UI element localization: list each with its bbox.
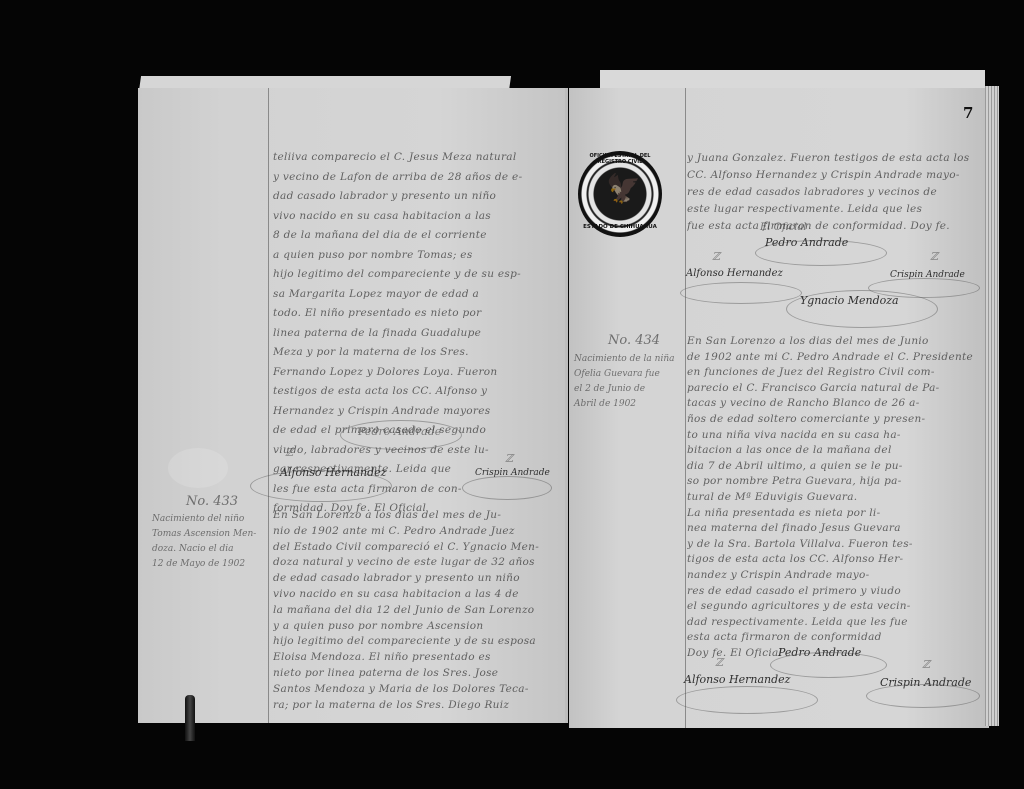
signature-witness-1: Alfonso Hernandez	[686, 268, 783, 279]
paper-stain	[168, 448, 228, 488]
page-number: 7	[963, 104, 973, 122]
entry-number: No. 433	[186, 494, 238, 509]
entry-number: No. 434	[608, 333, 660, 348]
signature-declarant: Ygnacio Mendoza	[800, 294, 899, 307]
page-edges	[985, 86, 999, 726]
seal-top-text: OFICINA ESTATAL DEL REGISTRO CIVIL	[578, 153, 662, 165]
binding-clip	[185, 695, 195, 741]
rubric-mark: ℤ	[715, 656, 723, 669]
signature-official: Pedro Andrade	[778, 646, 861, 659]
left-continuation-text: teliiva comparecio el C. Jesus Meza natu…	[273, 148, 565, 519]
signature-witness-1: Alfonso Hernandez	[280, 466, 386, 479]
rubric-mark: ℤ	[712, 250, 720, 263]
mexican-eagle-icon: 🦅	[606, 172, 641, 205]
rubric-mark: ℤ	[285, 446, 293, 459]
rubric-mark: ℤ	[930, 250, 938, 263]
signature-flourish	[680, 282, 802, 304]
signature-witness-1: Alfonso Hernandez	[684, 673, 790, 686]
signature-official: Pedro Andrade	[765, 236, 848, 249]
seal-bottom-text: ESTADO DE CHIHUAHUA	[578, 224, 662, 230]
entry-margin-note: Nacimiento de la niña Ofelia Guevara fue…	[574, 352, 686, 412]
signature-flourish	[866, 684, 980, 708]
right-continuation-text: y Juana Gonzalez. Fueron testigos de est…	[687, 150, 985, 235]
rubric-mark: ℤ	[922, 658, 930, 671]
margin-rule	[268, 88, 269, 723]
entry-434-text: En San Lorenzo a los dias del mes de Jun…	[687, 334, 985, 661]
signature-official: Pedro Andrade	[358, 425, 441, 438]
official-title: El Oficial	[760, 222, 807, 233]
entry-433-text: En San Lorenzo a los dias del mes de Ju-…	[273, 508, 565, 713]
signature-flourish	[676, 686, 818, 714]
rubric-mark: ℤ	[505, 452, 513, 465]
entry-margin-note: Nacimiento del niño Tomas Ascension Men-…	[152, 512, 266, 572]
signature-witness-2: Crispin Andrade	[475, 468, 550, 478]
signature-flourish	[462, 476, 552, 500]
